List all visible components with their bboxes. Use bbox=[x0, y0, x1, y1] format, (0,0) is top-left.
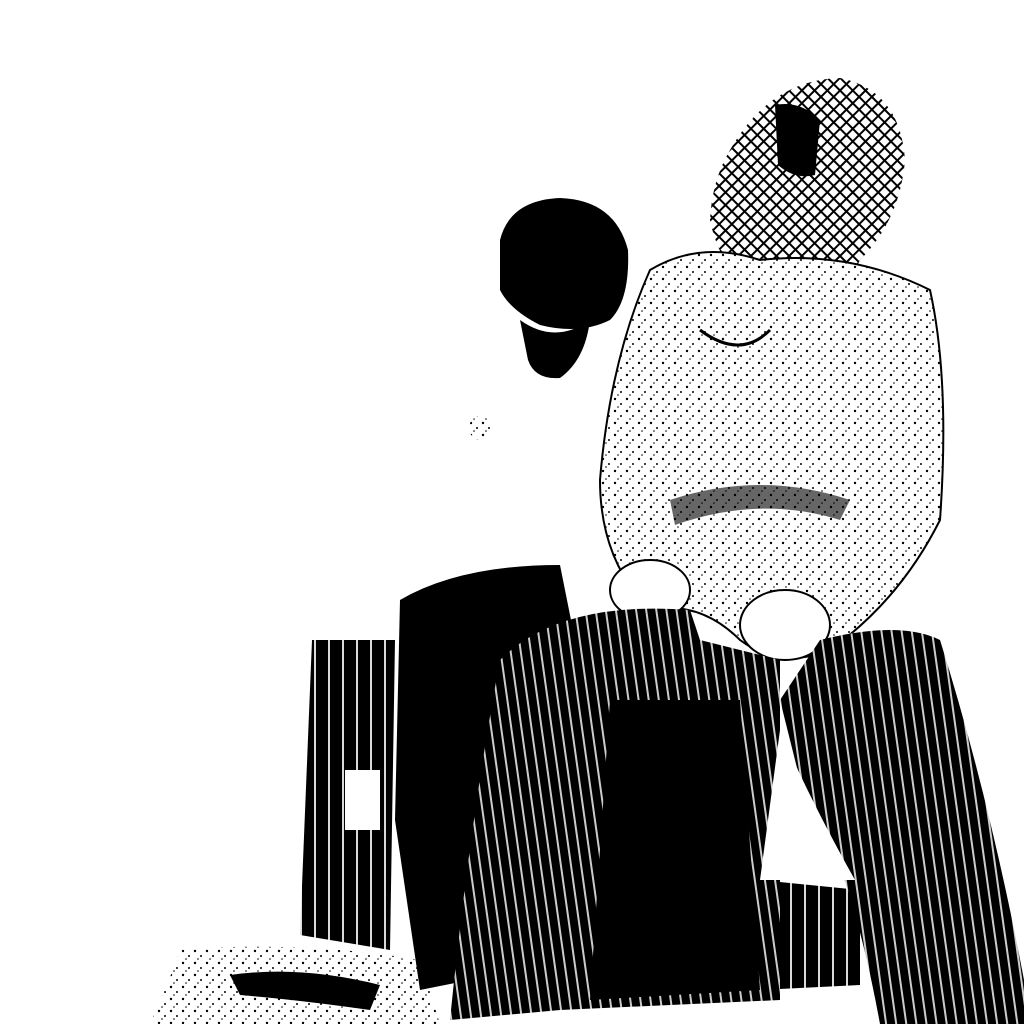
floor-shadow bbox=[150, 947, 440, 1024]
photo-scene bbox=[0, 0, 1024, 1024]
hair bbox=[500, 198, 628, 329]
